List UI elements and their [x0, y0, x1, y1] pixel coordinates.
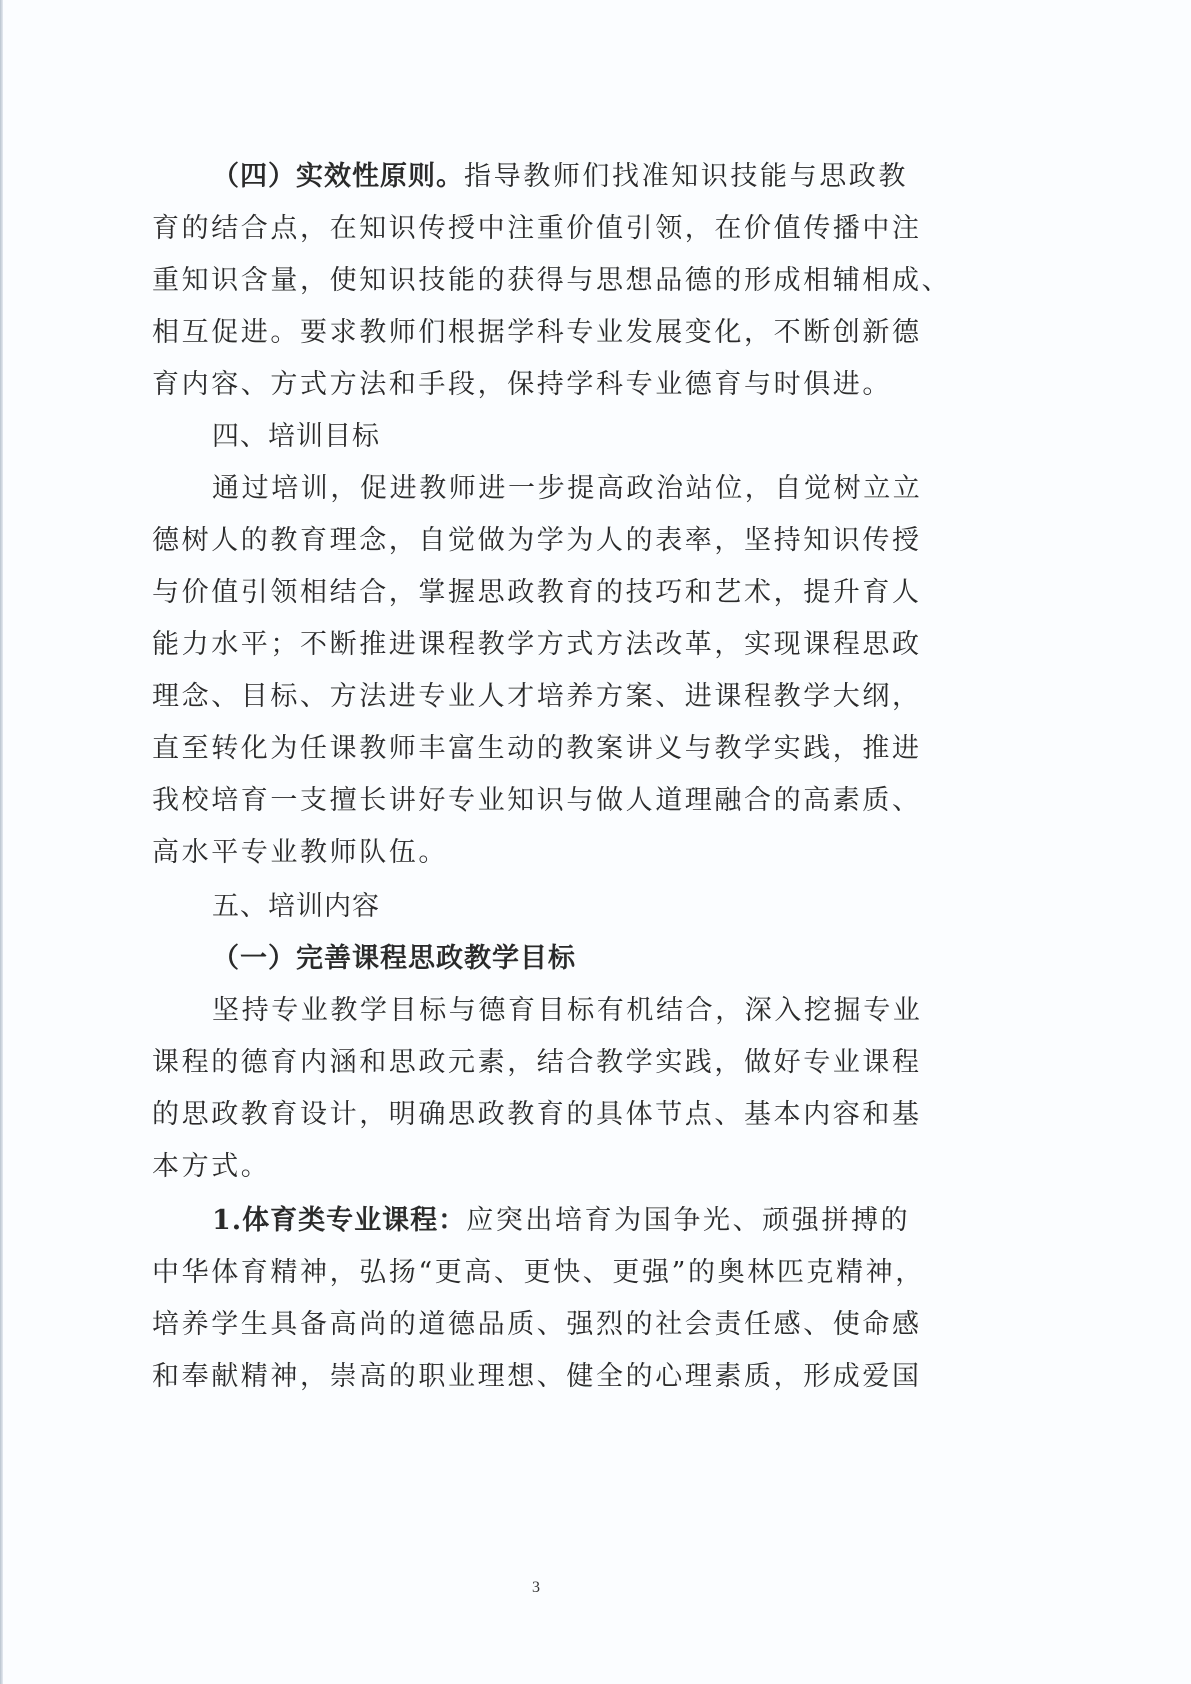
paragraph-line: 培养学生具备高尚的道德品质、强烈的社会责任感、使命感	[152, 1307, 932, 1343]
paragraph-line: 德树人的教育理念，自觉做为学为人的表率，坚持知识传授	[152, 523, 932, 559]
subsection-4-title: （四）实效性原则。	[212, 161, 464, 192]
paragraph-text: 指导教师们找准知识技能与思政教	[464, 161, 908, 192]
paragraph-line: 我校培育一支擅长讲好专业知识与做人道理融合的高素质、	[152, 783, 932, 819]
paragraph-line: 坚持专业教学目标与德育目标有机结合，深入挖掘专业	[212, 993, 992, 1029]
page-number: 3	[532, 1578, 540, 1598]
paragraph-line: 的思政教育设计，明确思政教育的具体节点、基本内容和基	[152, 1097, 932, 1133]
paragraph-line: 高水平专业教师队伍。	[152, 835, 932, 871]
paragraph-line: 育内容、方式方法和手段，保持学科专业德育与时俱进。	[152, 367, 932, 403]
paragraph-line: 理念、目标、方法进专业人才培养方案、进课程教学大纲，	[152, 679, 932, 715]
paragraph-line: 能力水平；不断推进课程教学方式方法改革，实现课程思政	[152, 627, 932, 663]
subsection-4-line-1: （四）实效性原则。指导教师们找准知识技能与思政教	[212, 159, 992, 195]
document-page: （四）实效性原则。指导教师们找准知识技能与思政教 育的结合点，在知识传授中注重价…	[0, 0, 1191, 1684]
subsection-heading-1: （一）完善课程思政教学目标	[212, 941, 992, 977]
paragraph-line: 重知识含量，使知识技能的获得与思想品德的形成相辅相成、	[152, 263, 932, 299]
paragraph-line: 通过培训，促进教师进一步提高政治站位，自觉树立立	[212, 471, 992, 507]
item-1-title: 1.体育类专业课程：	[212, 1205, 466, 1236]
paragraph-line: 和奉献精神，崇高的职业理想、健全的心理素质，形成爱国	[152, 1359, 932, 1395]
paragraph-line: 相互促进。要求教师们根据学科专业发展变化，不断创新德	[152, 315, 932, 351]
paragraph-line: 本方式。	[152, 1149, 932, 1185]
paragraph-line: 中华体育精神，弘扬“更高、更快、更强”的奥林匹克精神，	[152, 1255, 932, 1291]
section-heading-training-goals: 四、培训目标	[212, 419, 992, 455]
paragraph-line: 与价值引领相结合，掌握思政教育的技巧和艺术，提升育人	[152, 575, 932, 611]
paragraph-text: 应突出培育为国争光、顽强拼搏的	[466, 1205, 910, 1236]
paragraph-line: 课程的德育内涵和思政元素，结合教学实践，做好专业课程	[152, 1045, 932, 1081]
item-1-line-1: 1.体育类专业课程：应突出培育为国争光、顽强拼搏的	[212, 1203, 992, 1239]
paragraph-line: 直至转化为任课教师丰富生动的教案讲义与教学实践，推进	[152, 731, 932, 767]
paragraph-line: 育的结合点，在知识传授中注重价值引领，在价值传播中注	[152, 211, 932, 247]
section-heading-training-content: 五、培训内容	[212, 889, 992, 925]
